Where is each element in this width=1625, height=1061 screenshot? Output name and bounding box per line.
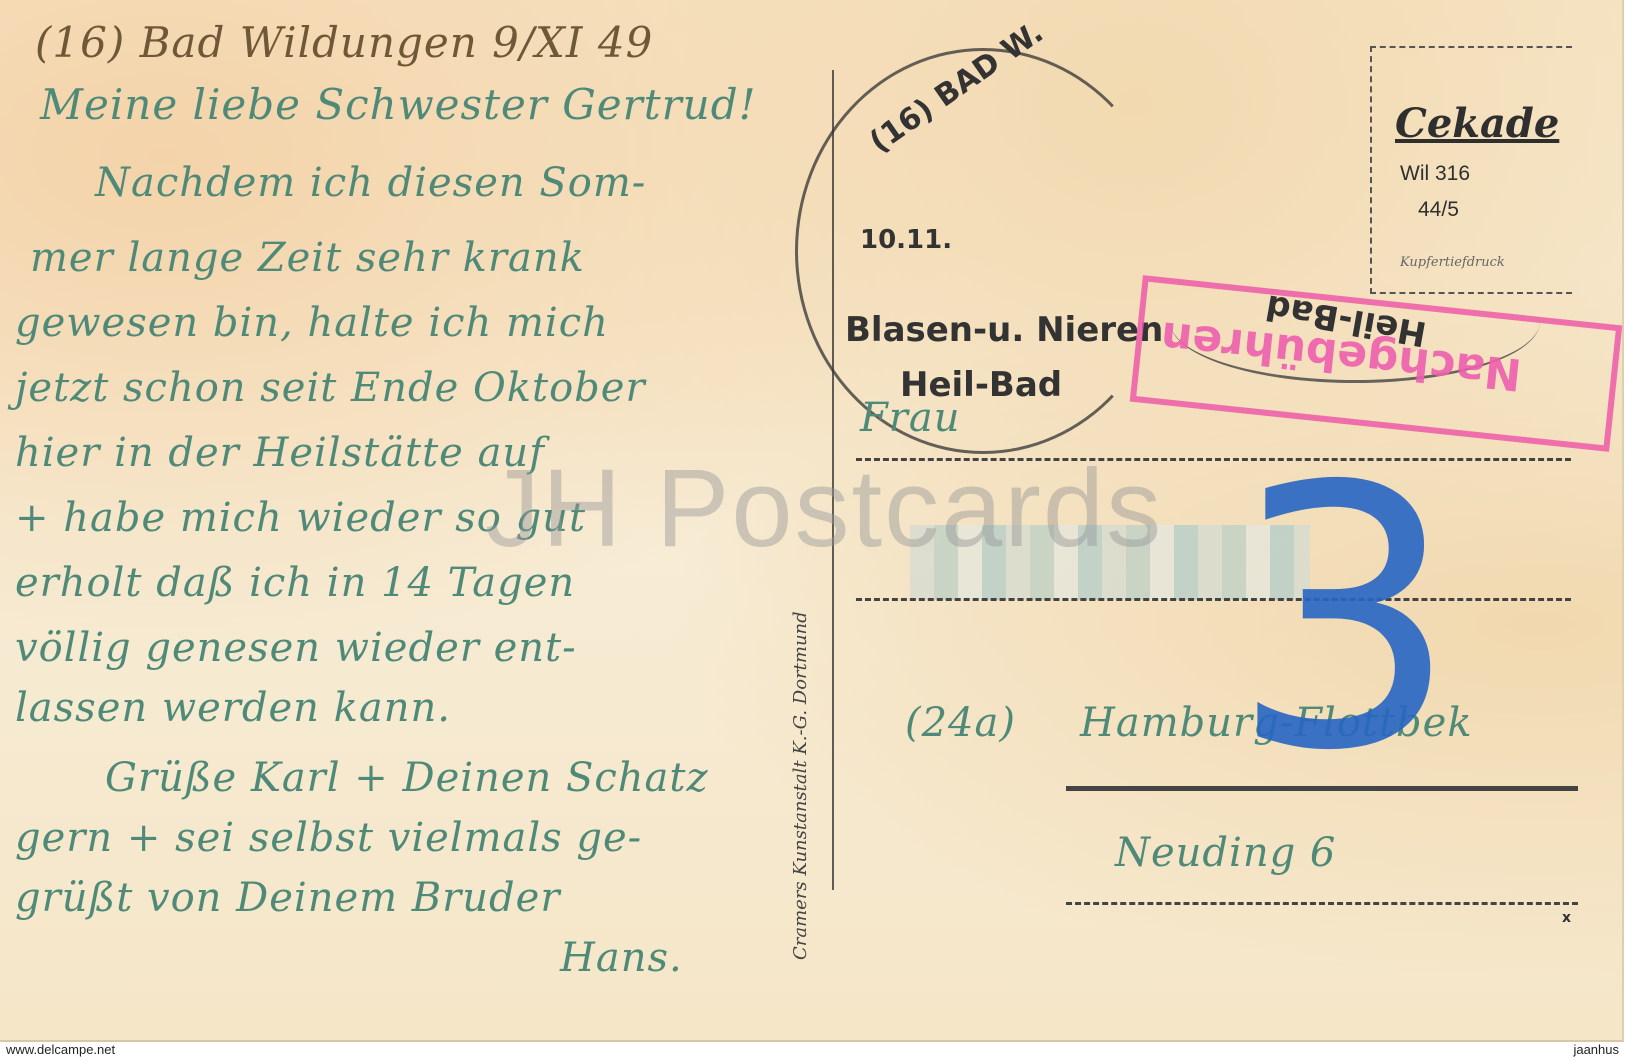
blue-crayon-mark: 3 <box>1230 440 1459 800</box>
publisher-logo: Cekade <box>1395 100 1559 147</box>
address-postal-zone: (24a) <box>905 700 1016 746</box>
source-site: www.delcampe.net <box>6 1042 115 1057</box>
message-line: mer lange Zeit sehr krank <box>30 235 585 281</box>
message-line: jetzt schon seit Ende Oktober <box>15 365 646 411</box>
seller-name: jaanhus <box>1573 1042 1619 1057</box>
address-line <box>856 598 1571 601</box>
message-line: Nachdem ich diesen Som- <box>95 160 646 206</box>
message-signature: Hans. <box>560 935 683 981</box>
address-salutation: Frau <box>860 395 960 441</box>
message-line: gewesen bin, halte ich mich <box>15 300 609 346</box>
message-line: hier in der Heilstätte auf <box>15 430 545 476</box>
message-line: völlig genesen wieder ent- <box>15 625 577 671</box>
postcard-back: (16) Bad Wildungen 9/XI 49 Meine liebe S… <box>0 0 1624 1042</box>
address-line <box>1066 902 1578 905</box>
printer-credit: Cramers Kunstanstalt K.-G. Dortmund <box>790 611 811 960</box>
postmark-slogan: Blasen-u. Nieren <box>845 310 1163 350</box>
address-street: Neuding 6 <box>1115 830 1336 876</box>
corner-mark: x <box>1562 910 1571 926</box>
message-line: Meine liebe Schwester Gertrud! <box>40 80 756 129</box>
message-line: Grüße Karl + Deinen Schatz <box>105 755 709 801</box>
message-line: grüßt von Deinem Bruder <box>15 875 560 921</box>
message-line: lassen werden kann. <box>15 685 451 731</box>
watermark: JH Postcards <box>485 445 1163 572</box>
postmark-date: 10.11. <box>860 225 952 255</box>
message-header: (16) Bad Wildungen 9/XI 49 <box>35 18 653 67</box>
message-line: gern + sei selbst vielmals ge- <box>15 815 642 861</box>
card-number: 44/5 <box>1418 198 1459 222</box>
card-code: Wil 316 <box>1400 162 1470 186</box>
